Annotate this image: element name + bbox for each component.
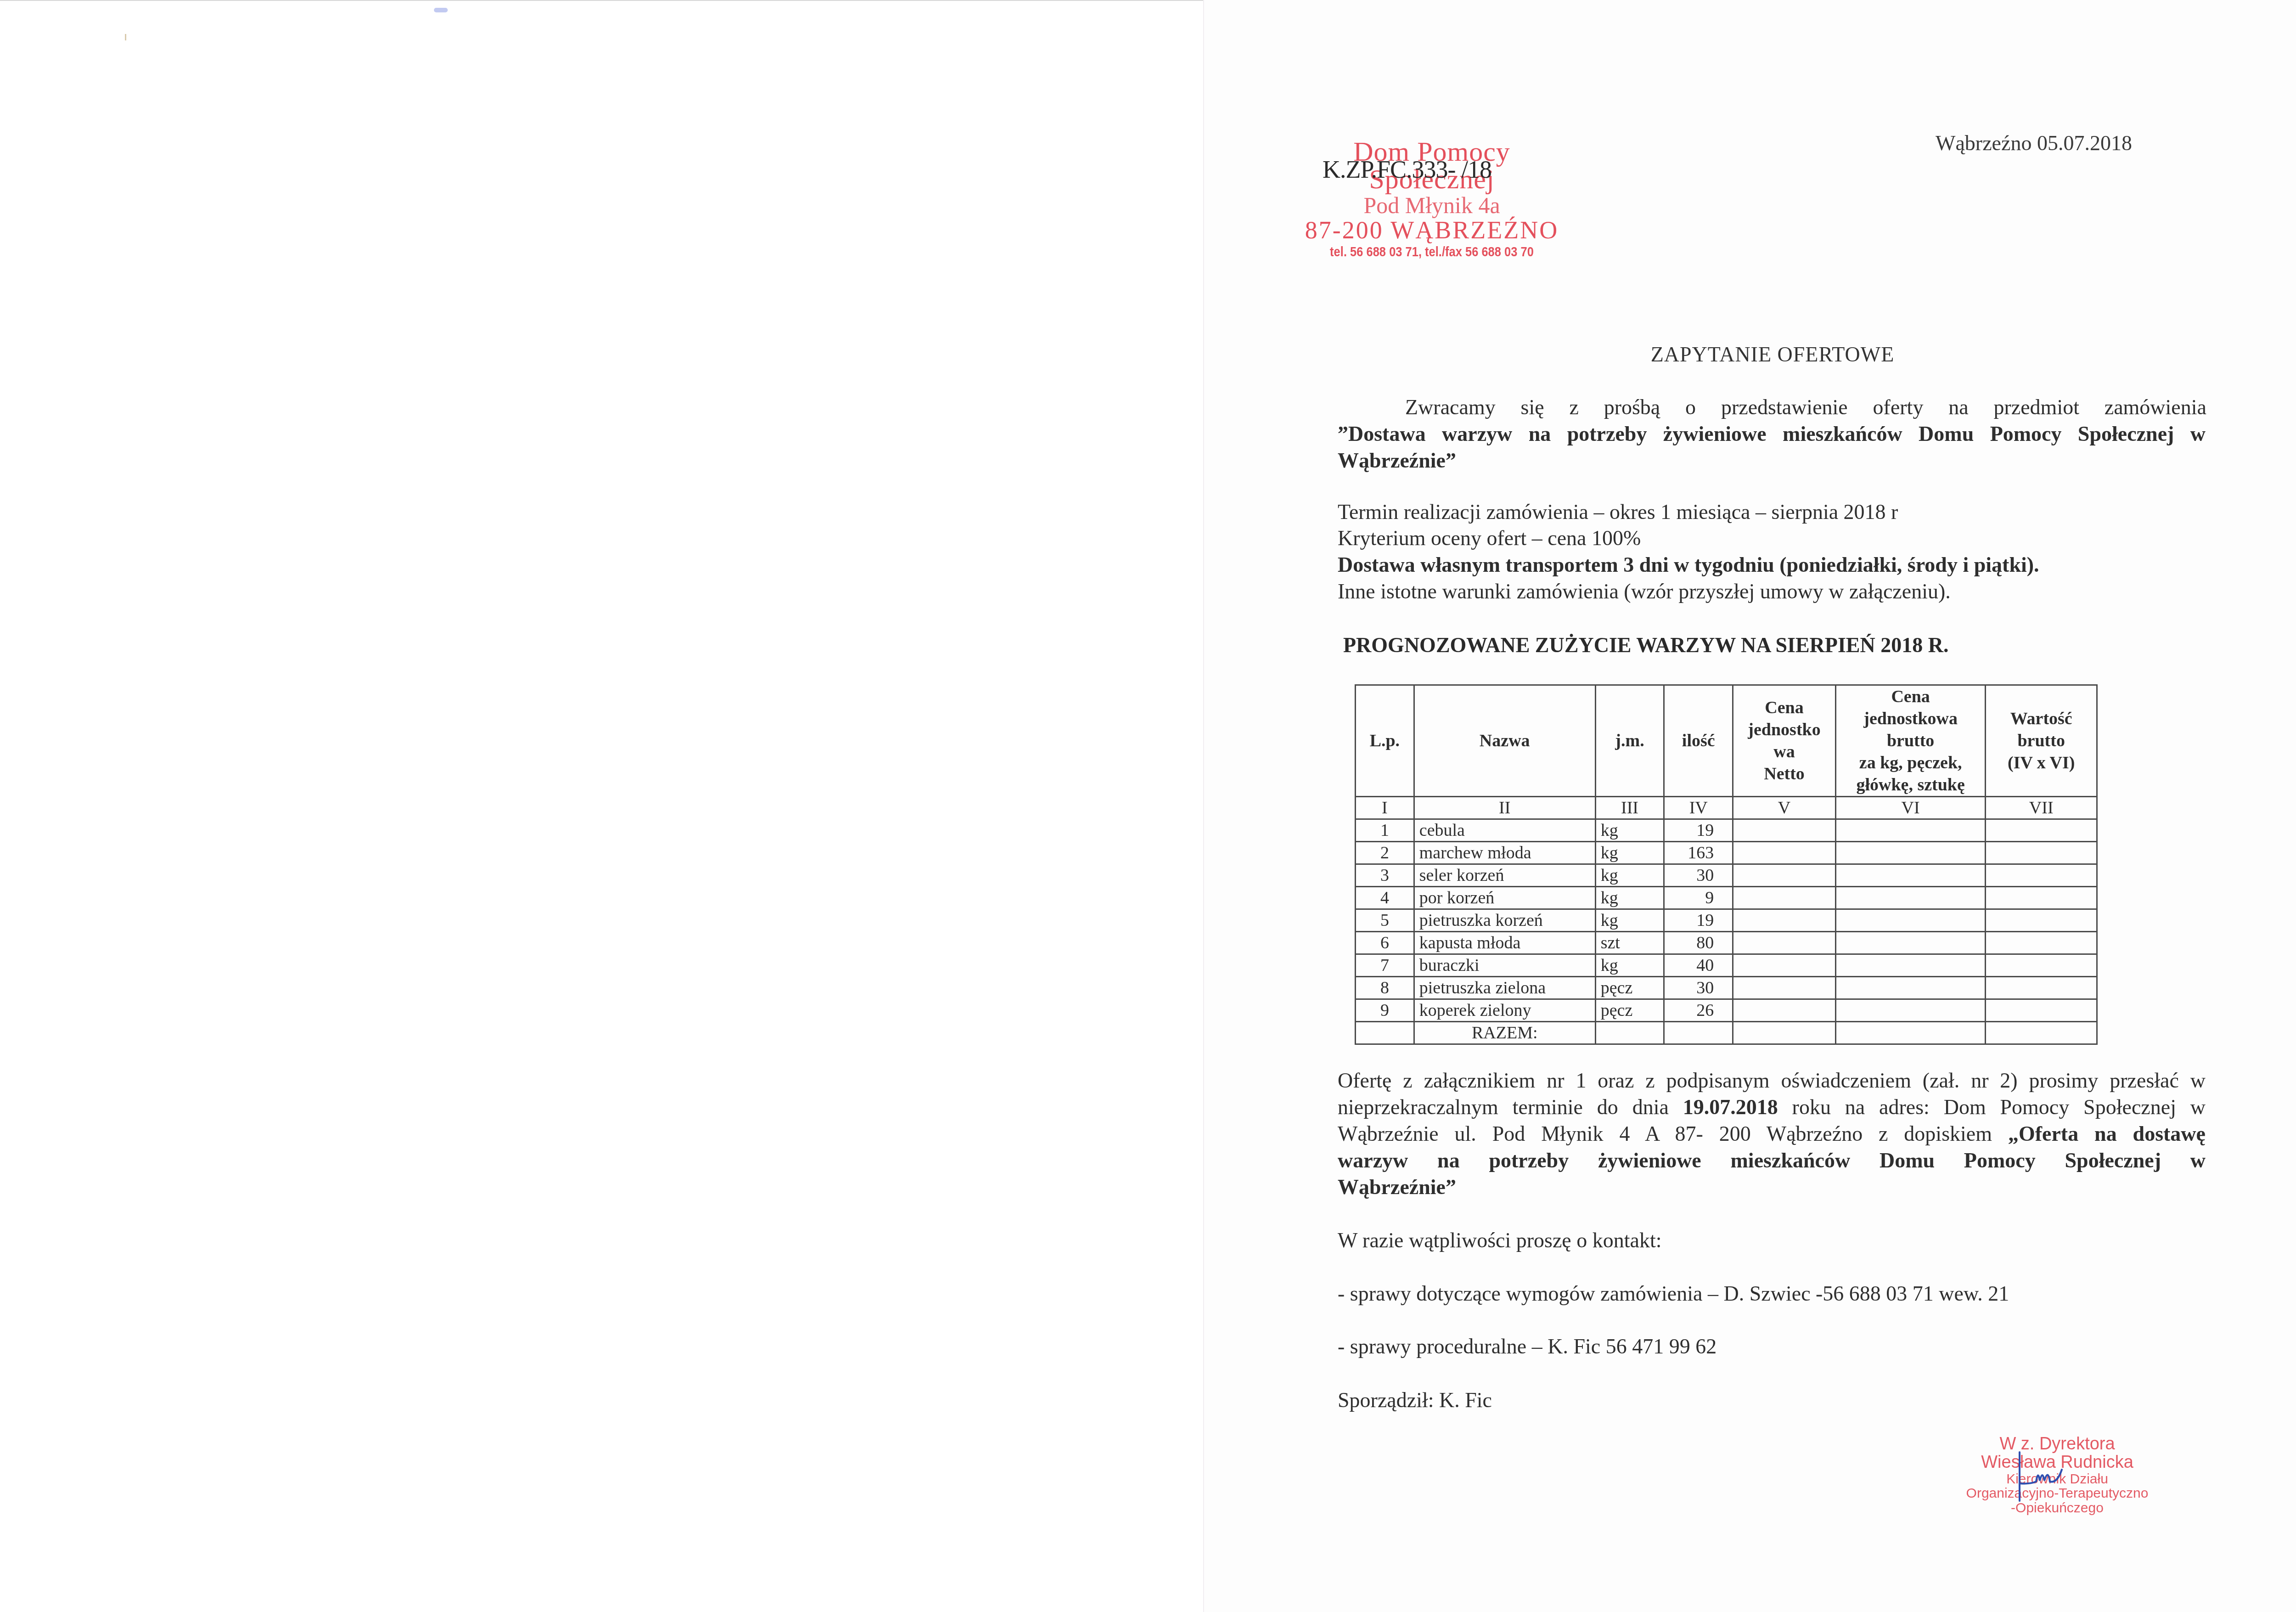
cell-empty (1664, 1022, 1733, 1044)
submission-line4: warzyw na potrzeby żywieniowe mieszkańcó… (1338, 1148, 2206, 1172)
header-line: główkę, sztukę (1841, 774, 1980, 796)
header-line: brutto (1991, 730, 2092, 752)
cell-gross-price[interactable] (1835, 864, 1985, 887)
submission-line1: Ofertę z załącznikiem nr 1 oraz z podpis… (1338, 1068, 2206, 1093)
cell-qty: 30 (1664, 977, 1733, 999)
header-line: brutto (1841, 730, 1980, 752)
handwritten-signature-icon (2016, 1451, 2076, 1502)
total-gross[interactable] (1835, 1022, 1985, 1044)
cell-gross-price[interactable] (1835, 909, 1985, 932)
header-unit: j.m. (1595, 685, 1664, 797)
total-net[interactable] (1733, 1022, 1836, 1044)
cell-net-price[interactable] (1733, 864, 1836, 887)
cell-net-price[interactable] (1733, 819, 1836, 842)
cell-lp: 3 (1356, 864, 1414, 887)
scan-speck (125, 34, 126, 40)
roman-cell: V (1733, 797, 1836, 819)
header-line: Cena (1738, 697, 1830, 719)
roman-numeral-row: I II III IV V VI VII (1356, 797, 2097, 819)
cell-empty (1356, 1022, 1414, 1044)
cell-qty: 26 (1664, 999, 1733, 1022)
cell-qty: 163 (1664, 842, 1733, 864)
cell-lp: 9 (1356, 999, 1414, 1022)
cell-empty (1595, 1022, 1664, 1044)
prepared-by: Sporządził: K. Fic (1338, 1388, 1492, 1412)
table-title: PROGNOZOWANE ZUŻYCIE WARZYW NA SIERPIEŃ … (1343, 633, 1948, 657)
cell-unit: pęcz (1595, 977, 1664, 999)
intro-subject-line1: ”Dostawa warzyw na potrzeby żywieniowe m… (1338, 422, 2206, 446)
table-row: 9 koperek zielony pęcz 26 (1356, 999, 2097, 1022)
scan-speck (434, 8, 448, 12)
cell-gross-value[interactable] (1986, 887, 2097, 909)
total-label: RAZEM: (1414, 1022, 1595, 1044)
header-line: Cena (1841, 686, 1980, 708)
roman-cell: III (1595, 797, 1664, 819)
cell-net-price[interactable] (1733, 909, 1836, 932)
city-date: Wąbrzeźno 05.07.2018 (1936, 131, 2132, 155)
header-line: Wartość (1991, 708, 2092, 730)
cell-unit: kg (1595, 842, 1664, 864)
submission-line3-bold: „Oferta na dostawę (2008, 1122, 2206, 1145)
table-header-row: L.p. Nazwa j.m. ilość Cena jednostko wa … (1356, 685, 2097, 797)
cell-name: kapusta młoda (1414, 932, 1595, 954)
cell-name: marchew młoda (1414, 842, 1595, 864)
roman-cell: II (1414, 797, 1595, 819)
cell-gross-price[interactable] (1835, 887, 1985, 909)
cell-qty: 19 (1664, 909, 1733, 932)
criterion-line: Kryterium oceny ofert – cena 100% (1338, 526, 1641, 550)
table-row: 5 pietruszka korzeń kg 19 (1356, 909, 2097, 932)
cell-net-price[interactable] (1733, 887, 1836, 909)
cell-gross-price[interactable] (1835, 819, 1985, 842)
cell-net-price[interactable] (1733, 932, 1836, 954)
cell-qty: 30 (1664, 864, 1733, 887)
total-value[interactable] (1986, 1022, 2097, 1044)
cell-lp: 1 (1356, 819, 1414, 842)
cell-lp: 5 (1356, 909, 1414, 932)
header-line: Netto (1738, 763, 1830, 785)
cell-name: cebula (1414, 819, 1595, 842)
cell-lp: 4 (1356, 887, 1414, 909)
table-row: 4 por korzeń kg 9 (1356, 887, 2097, 909)
cell-gross-value[interactable] (1986, 909, 2097, 932)
cell-lp: 2 (1356, 842, 1414, 864)
reference-number: K.ZP.FC.333- /18 (1322, 155, 1491, 184)
cell-gross-price[interactable] (1835, 977, 1985, 999)
roman-cell: I (1356, 797, 1414, 819)
cell-gross-price[interactable] (1835, 842, 1985, 864)
stamp-line-city: 87-200 WĄBRZEŹNO (1303, 218, 1560, 242)
cell-lp: 7 (1356, 954, 1414, 977)
cell-gross-value[interactable] (1986, 842, 2097, 864)
left-blank-page (0, 0, 1203, 1612)
vegetable-consumption-table: L.p. Nazwa j.m. ilość Cena jednostko wa … (1355, 684, 2098, 1045)
table-row: 7 buraczki kg 40 (1356, 954, 2097, 977)
header-qty: ilość (1664, 685, 1733, 797)
submission-line2-pre: nieprzekraczalnym terminie do dnia (1338, 1095, 1683, 1119)
contact-intro: W razie wątpliwości proszę o kontakt: (1338, 1228, 1662, 1252)
cell-gross-price[interactable] (1835, 932, 1985, 954)
cell-qty: 80 (1664, 932, 1733, 954)
cell-name: pietruszka korzeń (1414, 909, 1595, 932)
cell-net-price[interactable] (1733, 842, 1836, 864)
cell-unit: szt (1595, 932, 1664, 954)
sig-stamp-line1: W z. Dyrektora (1942, 1435, 2172, 1454)
cell-gross-value[interactable] (1986, 864, 2097, 887)
header-net-price: Cena jednostko wa Netto (1733, 685, 1836, 797)
cell-gross-value[interactable] (1986, 999, 2097, 1022)
cell-qty: 9 (1664, 887, 1733, 909)
submission-line3-pre: Wąbrzeźnie ul. Pod Młynik 4 A 87- 200 Wą… (1338, 1122, 2008, 1145)
document-title: ZAPYTANIE OFERTOWE (1203, 342, 2296, 366)
intro-lead: Zwracamy się z prośbą o przedstawienie o… (1405, 395, 2206, 419)
header-gross-value: Wartość brutto (IV x VI) (1986, 685, 2097, 797)
table-row: 6 kapusta młoda szt 80 (1356, 932, 2097, 954)
cell-lp: 6 (1356, 932, 1414, 954)
cell-name: por korzeń (1414, 887, 1595, 909)
table-row: 3 seler korzeń kg 30 (1356, 864, 2097, 887)
header-line: wa (1738, 741, 1830, 763)
cell-gross-price[interactable] (1835, 954, 1985, 977)
roman-cell: IV (1664, 797, 1733, 819)
roman-cell: VII (1986, 797, 2097, 819)
cell-name: pietruszka zielona (1414, 977, 1595, 999)
cell-net-price[interactable] (1733, 977, 1836, 999)
cell-qty: 40 (1664, 954, 1733, 977)
cell-unit: kg (1595, 954, 1664, 977)
table-row: 2 marchew młoda kg 163 (1356, 842, 2097, 864)
header-gross-price: Cena jednostkowa brutto za kg, pęczek, g… (1835, 685, 1985, 797)
roman-cell: VI (1835, 797, 1985, 819)
stamp-line-phone: tel. 56 688 03 71, tel./fax 56 688 03 70 (1322, 245, 1541, 259)
term-line: Termin realizacji zamówienia – okres 1 m… (1338, 500, 1898, 524)
cell-unit: kg (1595, 887, 1664, 909)
cell-net-price[interactable] (1733, 999, 1836, 1022)
cell-gross-value[interactable] (1986, 954, 2097, 977)
header-line: jednostkowa (1841, 708, 1980, 730)
submission-line2: nieprzekraczalnym terminie do dnia 19.07… (1338, 1095, 2206, 1119)
cell-gross-price[interactable] (1835, 999, 1985, 1022)
table-row: 1 cebula kg 19 (1356, 819, 2097, 842)
cell-name: buraczki (1414, 954, 1595, 977)
cell-qty: 19 (1664, 819, 1733, 842)
cell-unit: kg (1595, 819, 1664, 842)
cell-unit: kg (1595, 864, 1664, 887)
cell-lp: 8 (1356, 977, 1414, 999)
header-line: jednostko (1738, 719, 1830, 741)
intro-subject-line2: Wąbrzeźnie” (1338, 448, 1456, 473)
cell-name: seler korzeń (1414, 864, 1595, 887)
submission-line2-post: roku na adres: Dom Pomocy Społecznej w (1778, 1095, 2206, 1119)
total-row: RAZEM: (1356, 1022, 2097, 1044)
cell-gross-value[interactable] (1986, 819, 2097, 842)
header-lp: L.p. (1356, 685, 1414, 797)
cell-net-price[interactable] (1733, 954, 1836, 977)
cell-unit: kg (1595, 909, 1664, 932)
stamp-line-street: Pod Młynik 4a (1303, 194, 1560, 217)
cell-gross-value[interactable] (1986, 932, 2097, 954)
contact-item-procedural: - sprawy proceduralne – K. Fic 56 471 99… (1338, 1334, 1716, 1358)
submission-line3: Wąbrzeźnie ul. Pod Młynik 4 A 87- 200 Wą… (1338, 1122, 2206, 1146)
cell-gross-value[interactable] (1986, 977, 2097, 999)
submission-line5: Wąbrzeźnie” (1338, 1175, 1456, 1199)
sig-stamp-line5: -Opiekuńczego (1942, 1501, 2172, 1516)
cell-name: koperek zielony (1414, 999, 1595, 1022)
header-name: Nazwa (1414, 685, 1595, 797)
header-line: za kg, pęczek, (1841, 752, 1980, 774)
table-row: 8 pietruszka zielona pęcz 30 (1356, 977, 2097, 999)
cell-unit: pęcz (1595, 999, 1664, 1022)
other-terms-line: Inne istotne warunki zamówienia (wzór pr… (1338, 579, 1951, 603)
contact-item-requirements: - sprawy dotyczące wymogów zamówienia – … (1338, 1281, 2009, 1306)
header-line: (IV x VI) (1991, 752, 2092, 774)
submission-deadline: 19.07.2018 (1683, 1095, 1778, 1119)
delivery-line: Dostawa własnym transportem 3 dni w tygo… (1338, 552, 2039, 577)
